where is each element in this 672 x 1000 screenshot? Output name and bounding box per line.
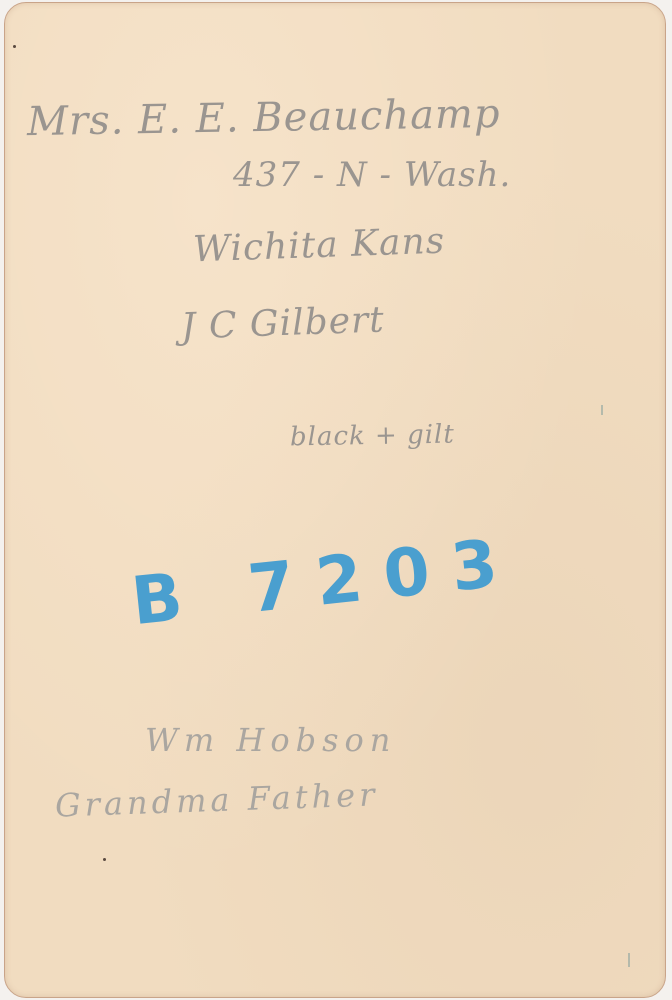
photo-card-back: Mrs. E. E. Beauchamp 437 - N - Wash. Wic… — [4, 2, 666, 998]
address-line: 437 - N - Wash. — [233, 155, 511, 195]
name-line: Mrs. E. E. Beauchamp — [27, 91, 501, 145]
ink-smudge — [601, 405, 603, 415]
catalog-number: B 7203 — [128, 523, 523, 640]
ink-speck — [103, 858, 106, 861]
ink-speck — [13, 45, 16, 48]
finish-note: black + gilt — [290, 420, 455, 453]
subject-name: Wm Hobson — [145, 721, 396, 759]
relation-note: Grandma Father — [54, 775, 379, 824]
ink-smudge — [628, 953, 630, 967]
city-line: Wichita Kans — [192, 221, 445, 271]
signature-line: J C Gilbert — [180, 299, 385, 347]
